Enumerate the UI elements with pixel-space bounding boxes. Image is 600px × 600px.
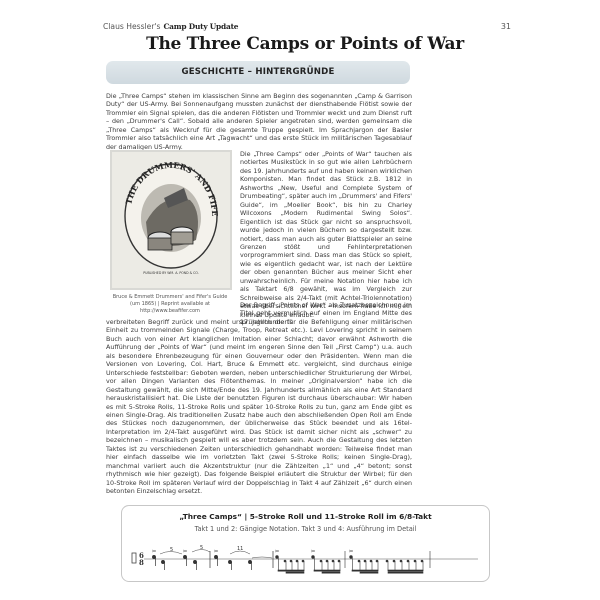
drum-illustration-icon: THE DRUMMERS' AND FIFERS' GUIDE PUBLISHE… — [112, 152, 230, 288]
tuplet-5: 5 — [200, 545, 203, 551]
book-cover-image: THE DRUMMERS' AND FIFERS' GUIDE PUBLISHE… — [112, 152, 230, 288]
page-title: The Three Camps or Points of War — [100, 34, 510, 54]
caption-line: Bruce & Emmett Drummers' and Fifer's Gui… — [104, 294, 236, 301]
music-notation-staff-icon: 6 8 5 5 11 — [130, 542, 480, 576]
document-page: Claus Hessler'sCamp Duty Update 31 The T… — [0, 0, 600, 600]
running-head-author: Claus Hessler'sCamp Duty Update — [103, 22, 238, 31]
caption-line: (um 1865) | Reprint available at — [104, 301, 236, 308]
section-header-label: GESCHICHTE – HINTERGRÜNDE — [106, 61, 410, 84]
section-header: GESCHICHTE – HINTERGRÜNDE — [106, 61, 410, 84]
svg-text:PUBLISHED BY WM. A. POND & CO.: PUBLISHED BY WM. A. POND & CO. — [143, 271, 199, 275]
tuplet-5: 5 — [170, 547, 173, 553]
svg-text:8: 8 — [139, 558, 144, 567]
page-number: 31 — [501, 22, 511, 31]
music-example-subtitle: Takt 1 und 2: Gängige Notation. Takt 3 u… — [122, 525, 489, 533]
figure-caption: Bruce & Emmett Drummers' and Fifer's Gui… — [104, 294, 236, 316]
side-paragraph: Die „Three Camps“ oder „Points of War“ t… — [240, 151, 412, 320]
intro-paragraph: Die „Three Camps“ stehen im klassischen … — [106, 93, 412, 152]
tuplet-11: 11 — [237, 546, 243, 552]
book-cover-figure: THE DRUMMERS' AND FIFERS' GUIDE PUBLISHE… — [110, 150, 232, 290]
author-name: Claus Hessler's — [103, 22, 161, 31]
caption-link[interactable]: http://www.beafifer.com — [104, 308, 236, 315]
music-example-box: „Three Camps“ | 5-Stroke Roll und 11-Str… — [121, 505, 490, 582]
running-head: Claus Hessler'sCamp Duty Update 31 — [103, 20, 513, 34]
points-of-war-paragraph: verbreiteten Begriff zurück und meint ur… — [106, 319, 412, 497]
running-head-series: Camp Duty Update — [164, 22, 239, 31]
music-example-title: „Three Camps“ | 5-Stroke Roll und 11-Str… — [122, 512, 489, 521]
